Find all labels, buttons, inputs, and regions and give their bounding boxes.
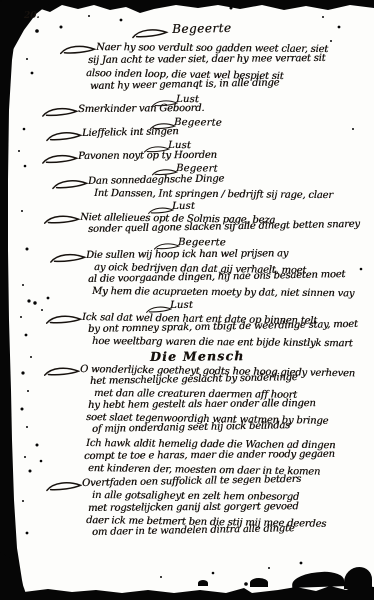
line-text: Dan sonnedaeghsche Dinge — [88, 173, 224, 187]
manuscript-line: met rogstelijcken ganij alst gorgert gev… — [88, 501, 299, 514]
pen-flourish-icon — [50, 252, 86, 264]
line-text: Begeerte — [174, 117, 222, 129]
line-text: Lust — [172, 201, 195, 212]
manuscript-line: My hem die acupraeten moety by dat, niet… — [92, 286, 354, 299]
scan-border-top — [0, 0, 374, 24]
line-text: met rogstelijcken ganij alst gorgert gev… — [88, 501, 299, 514]
manuscript-line: Lust — [172, 201, 195, 212]
manuscript-line: Begeerte — [172, 21, 232, 36]
line-text: Int Danssen, Int springen / bedrijft sij… — [94, 188, 333, 201]
pen-flourish-icon — [42, 106, 78, 118]
ink-blob — [250, 578, 268, 587]
pen-flourish-icon — [130, 27, 170, 40]
manuscript-line: hy hebt hem gestelt als haer onder alle … — [88, 398, 316, 411]
manuscript-line: Begeerte — [178, 237, 226, 248]
ink-blob — [292, 571, 344, 588]
pen-flourish-icon — [46, 130, 82, 143]
ink-specks — [0, 0, 2, 2]
line-text: Overtfaden oen suffolick all te segen be… — [82, 474, 301, 489]
line-text: Pavonen noyt op ty Hoorden — [78, 150, 217, 162]
pen-flourish-icon — [52, 178, 88, 191]
ink-blob — [344, 567, 372, 589]
line-text: Lust — [170, 300, 193, 311]
manuscript-line: Lieffelick int singen — [82, 126, 179, 139]
line-text: Smerkinder van Geboord. — [78, 103, 204, 115]
line-text: hy hebt hem gestelt als haer onder alle … — [88, 398, 316, 411]
pen-flourish-icon — [42, 153, 78, 165]
line-text: sij Jan acht te vader siet, daer hy mee … — [88, 53, 325, 66]
manuscript-line: Pavonen noyt op ty Hoorden — [78, 150, 217, 162]
line-text: Begeerte — [178, 237, 226, 248]
pen-flourish-icon — [44, 365, 80, 378]
manuscript-line: hoe weeltbarg waren die nae ent bijde ki… — [92, 336, 353, 349]
manuscript-line: Die sullen wij hoop ick han wel prijsen … — [86, 248, 288, 261]
line-text: compt te toe e haras, maer die ander roo… — [84, 449, 335, 462]
line-text: Die sullen wij hoop ick han wel prijsen … — [86, 248, 288, 261]
manuscript-line: Dan sonnedaeghsche Dinge — [88, 173, 224, 187]
manuscript-line: sij Jan acht te vader siet, daer hy mee … — [88, 53, 325, 66]
page-number: 20. — [24, 11, 40, 21]
manuscript-line: want hy weer gemanqt is, in alle dinge — [90, 77, 279, 92]
pen-flourish-icon — [44, 213, 80, 226]
manuscript-line: Lust — [170, 300, 193, 311]
scan-border-left — [0, 0, 26, 600]
manuscript-line: Begeerte — [174, 117, 222, 129]
line-text: My hem die acupraeten moety by dat, niet… — [92, 286, 354, 299]
manuscript-line: Smerkinder van Geboord. — [78, 103, 204, 115]
line-text: hoe weeltbarg waren die nae ent bijde ki… — [92, 336, 353, 349]
manuscript-line: Overtfaden oen suffolick all te segen be… — [82, 474, 301, 489]
manuscript-line: Die Mensch — [150, 348, 245, 364]
ink-blob — [198, 580, 208, 586]
line-text: want hy weer gemanqt is, in alle dinge — [90, 77, 279, 92]
line-text: Begeerte — [172, 21, 232, 36]
pen-flourish-icon — [46, 313, 82, 326]
manuscript-line: Int Danssen, Int springen / bedrijft sij… — [94, 188, 333, 201]
manuscript-line: compt te toe e haras, maer die ander roo… — [84, 449, 335, 462]
line-text: Die Mensch — [150, 348, 245, 364]
line-text: Lieffelick int singen — [82, 126, 179, 139]
pen-flourish-icon — [46, 480, 82, 493]
manuscript-page: 20. Begeerte Naer hy soo verdult soo gad… — [0, 0, 374, 600]
